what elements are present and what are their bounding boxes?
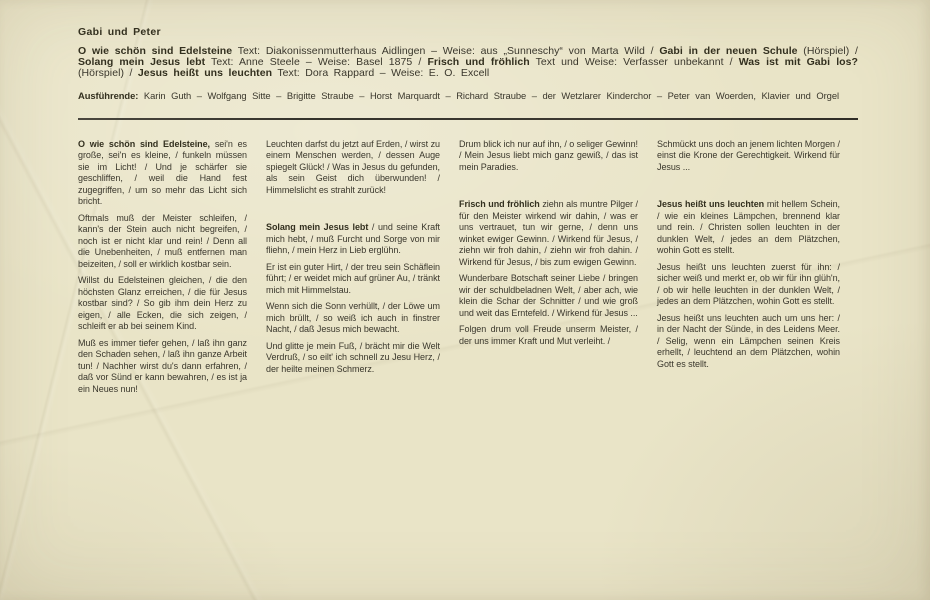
verse-paragraph: Muß es immer tiefer gehen, / laß ihn gan… <box>78 338 247 396</box>
verse-paragraph: Folgen drum voll Freude unserm Meister, … <box>459 324 638 347</box>
song-credit: (Hörspiel) / <box>78 67 138 79</box>
verse-paragraph: Jesus heißt uns leuchten mit hellem Sche… <box>657 199 840 257</box>
verse-paragraph: Jesus heißt uns leuchten zuerst für ihn:… <box>657 262 840 308</box>
verse-paragraph: Wunderbare Botschaft seiner Liebe / brin… <box>459 273 638 319</box>
song-credit: Text: Dora Rappard – Weise: E. O. Excell <box>272 67 489 79</box>
divider-rule <box>78 118 858 120</box>
verse-paragraph: Und glitte je mein Fuß, / brächt mir die… <box>266 341 440 376</box>
song-title: Frisch und fröhlich <box>427 56 529 68</box>
song-title: O wie schön sind Edelsteine <box>78 45 232 57</box>
song-section: Jesus heißt uns leuchten mit hellem Sche… <box>657 199 840 370</box>
verse-paragraph: Er ist ein guter Hirt, / der treu sein S… <box>266 262 440 297</box>
song-credit: Text: Diakonissenmutterhaus Aidlingen – … <box>232 45 659 57</box>
sleeve-content: Gabi und Peter O wie schön sind Edelstei… <box>78 26 858 400</box>
verse-paragraph: Solang mein Jesus lebt / und seine Kraft… <box>266 222 440 257</box>
verse-paragraph: Schmückt uns doch an jenem lichten Morge… <box>657 139 840 174</box>
song-credit: Text: Anne Steele – Weise: Basel 1875 / <box>205 56 427 68</box>
verse-paragraph: O wie schön sind Edelsteine, sei'n es gr… <box>78 139 247 208</box>
album-title: Gabi und Peter <box>78 26 858 38</box>
performers-line: Ausführende: Karin Guth – Wolfgang Sitte… <box>78 90 858 101</box>
verse-paragraph: Drum blick ich nur auf ihn, / o seliger … <box>459 139 638 174</box>
verse-paragraph: Leuchten darfst du jetzt auf Erden, / wi… <box>266 139 440 197</box>
performers-names: Karin Guth – Wolfgang Sitte – Brigitte S… <box>144 90 839 101</box>
song-credit: Text und Weise: Verfasser unbekannt / <box>530 56 739 68</box>
verse-paragraph: Willst du Edelsteinen gleichen, / die de… <box>78 275 247 333</box>
record-sleeve-back: Gabi und Peter O wie schön sind Edelstei… <box>0 0 930 600</box>
lyrics-column-3: Drum blick ich nur auf ihn, / o seliger … <box>459 139 638 401</box>
song-section: Schmückt uns doch an jenem lichten Morge… <box>657 139 840 174</box>
verse-lead: Solang mein Jesus lebt <box>266 222 368 232</box>
song-title: Gabi in der neuen Schule <box>659 45 797 57</box>
verse-paragraph: Wenn sich die Sonn verhüllt, / der Löwe … <box>266 301 440 336</box>
performers-label: Ausführende: <box>78 90 138 101</box>
song-section: Frisch und fröhlich ziehn als muntre Pil… <box>459 199 638 347</box>
song-section: Leuchten darfst du jetzt auf Erden, / wi… <box>266 139 440 197</box>
song-title: Jesus heißt uns leuchten <box>138 67 272 79</box>
verse-paragraph: Frisch und fröhlich ziehn als muntre Pil… <box>459 199 638 268</box>
lyrics-column-4: Schmückt uns doch an jenem lichten Morge… <box>657 139 840 401</box>
verse-lead: O wie schön sind Edelsteine, <box>78 139 210 149</box>
verse-paragraph: Jesus heißt uns leuchten auch um uns her… <box>657 313 840 371</box>
verse-paragraph: Oftmals muß der Meister schleifen, / kan… <box>78 213 247 271</box>
verse-lead: Frisch und fröhlich <box>459 199 540 209</box>
song-title: Solang mein Jesus lebt <box>78 56 205 68</box>
lyrics-column-2: Leuchten darfst du jetzt auf Erden, / wi… <box>266 139 440 401</box>
song-section: Solang mein Jesus lebt / und seine Kraft… <box>266 222 440 375</box>
lyrics-column-1: O wie schön sind Edelsteine, sei'n es gr… <box>78 139 247 401</box>
lyrics-columns: O wie schön sind Edelsteine, sei'n es gr… <box>78 139 858 401</box>
song-credit: (Hörspiel) / <box>798 45 858 57</box>
song-section: Drum blick ich nur auf ihn, / o seliger … <box>459 139 638 174</box>
song-title: Was ist mit Gabi los? <box>739 56 858 68</box>
song-section: O wie schön sind Edelsteine, sei'n es gr… <box>78 139 247 396</box>
tracklist-credits: O wie schön sind Edelsteine Text: Diakon… <box>78 46 858 80</box>
verse-lead: Jesus heißt uns leuchten <box>657 199 764 209</box>
